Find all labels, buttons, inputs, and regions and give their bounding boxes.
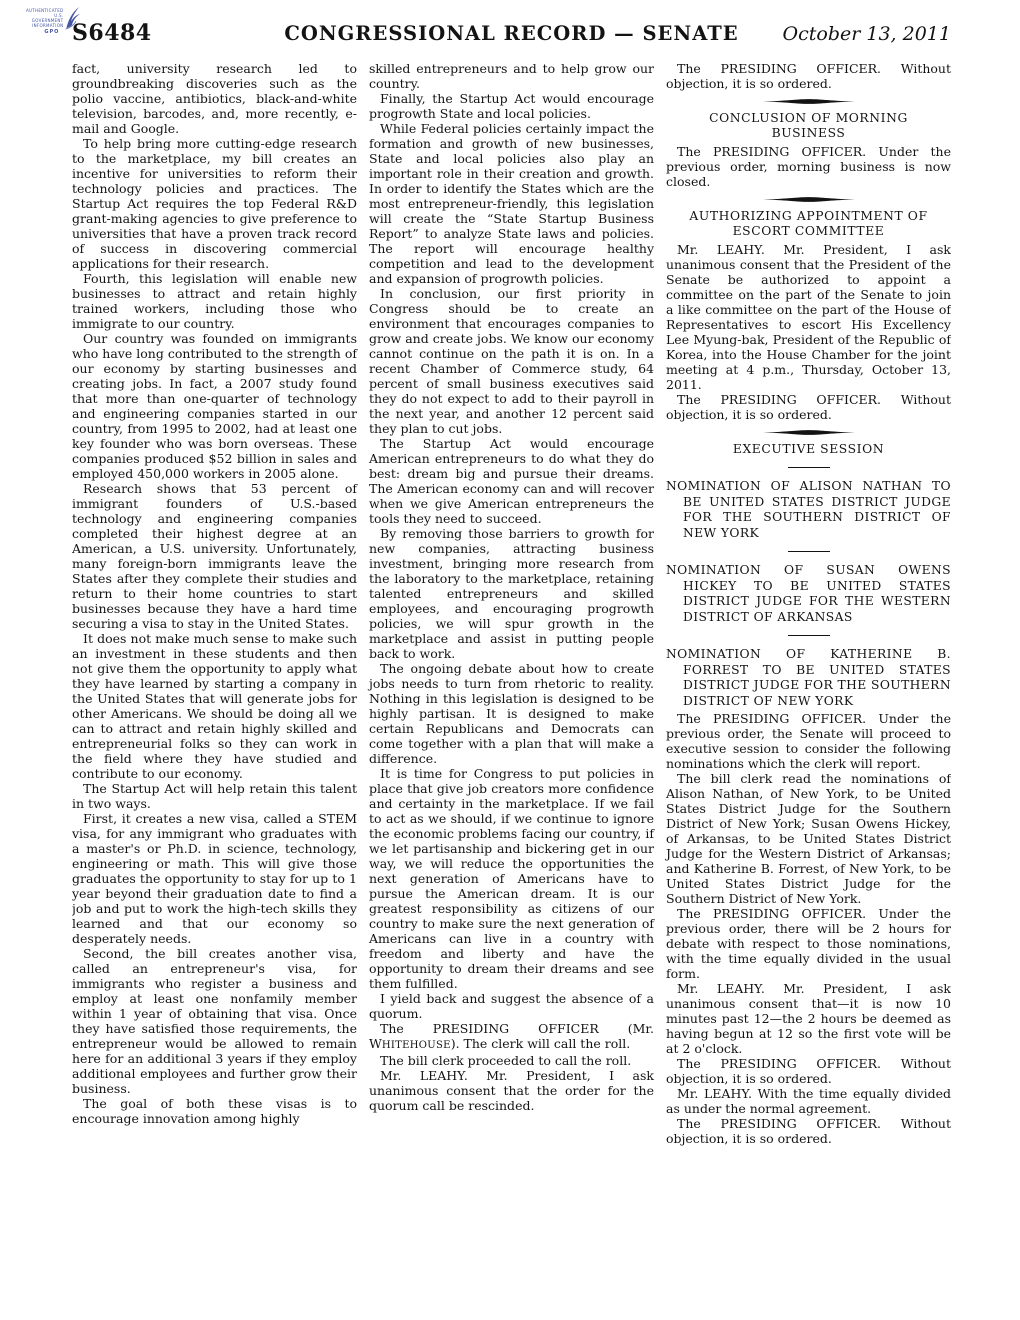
paragraph: In conclusion, our first priority in Con… — [369, 286, 654, 436]
gpo-seal-line: U.S. GOVERNMENT — [26, 13, 63, 23]
page-number: S6484 — [72, 20, 284, 46]
paragraph: It does not make much sense to make such… — [72, 631, 357, 781]
section-heading: EXECUTIVE SESSION — [672, 442, 945, 457]
paragraph: The bill clerk read the nominations of A… — [666, 771, 951, 906]
column-2: skilled entrepreneurs and to help grow o… — [369, 61, 654, 1239]
paragraph: The PRESIDING OFFICER (Mr. WHITEHOUSE). … — [369, 1021, 654, 1053]
paragraph: The PRESIDING OFFICER. Under the previou… — [666, 906, 951, 981]
paragraph: The bill clerk proceeded to call the rol… — [369, 1053, 654, 1068]
paragraph: First, it creates a new visa, called a S… — [72, 811, 357, 946]
paragraph: The PRESIDING OFFICER. Without objection… — [666, 1116, 951, 1146]
paragraph: The PRESIDING OFFICER. Without objection… — [666, 61, 951, 91]
section-heading: CONCLUSION OF MORNING BUSINESS — [672, 111, 945, 141]
paragraph: It is time for Congress to put policies … — [369, 766, 654, 991]
paragraph: Mr. LEAHY. Mr. President, I ask unanimou… — [666, 981, 951, 1056]
gpo-seal-gpo-label: GPO — [26, 30, 63, 35]
paragraph: Mr. LEAHY. With the time equally divided… — [666, 1086, 951, 1116]
column-3: The PRESIDING OFFICER. Without objection… — [666, 61, 951, 1239]
section-divider — [666, 429, 951, 436]
paragraph: While Federal policies certainly impact … — [369, 121, 654, 286]
nomination-heading: NOMINATION OF KATHERINE B. FORREST TO BE… — [666, 647, 951, 709]
congressional-record-page: AUTHENTICATED U.S. GOVERNMENT INFORMATIO… — [0, 0, 1020, 1320]
paragraph: The goal of both these visas is to encou… — [72, 1096, 357, 1126]
subsection-divider — [788, 551, 830, 552]
nomination-heading: NOMINATION OF ALISON NATHAN TO BE UNITED… — [666, 479, 951, 541]
paragraph: The Startup Act would encourage American… — [369, 436, 654, 526]
paragraph: By removing those barriers to growth for… — [369, 526, 654, 661]
masthead: S6484 CONGRESSIONAL RECORD — SENATE Octo… — [72, 20, 951, 46]
paragraph: The PRESIDING OFFICER. Without objection… — [666, 392, 951, 422]
publication-title: CONGRESSIONAL RECORD — SENATE — [284, 22, 738, 45]
paragraph: The PRESIDING OFFICER. Under the previou… — [666, 711, 951, 771]
subsection-divider — [788, 635, 830, 636]
nomination-heading: NOMINATION OF SUSAN OWENS HICKEY TO BE U… — [666, 563, 951, 625]
gpo-seal-line: INFORMATION — [26, 23, 63, 28]
column-1: fact, university research led to groundb… — [72, 61, 357, 1239]
paragraph: Our country was founded on immigrants wh… — [72, 331, 357, 481]
paragraph: skilled entrepreneurs and to help grow o… — [369, 61, 654, 91]
paragraph: The PRESIDING OFFICER. Without objection… — [666, 1056, 951, 1086]
paragraph: Research shows that 53 percent of immigr… — [72, 481, 357, 631]
paragraph: Fourth, this legislation will enable new… — [72, 271, 357, 331]
paragraph: Mr. LEAHY. Mr. President, I ask unanimou… — [666, 242, 951, 392]
paragraph: The ongoing debate about how to create j… — [369, 661, 654, 766]
subsection-divider — [788, 467, 830, 468]
paragraph: fact, university research led to groundb… — [72, 61, 357, 136]
paragraph: Finally, the Startup Act would encourage… — [369, 91, 654, 121]
paragraph: I yield back and suggest the absence of … — [369, 991, 654, 1021]
paragraph: Mr. LEAHY. Mr. President, I ask unanimou… — [369, 1068, 654, 1113]
paragraph: The PRESIDING OFFICER. Under the previou… — [666, 144, 951, 189]
section-divider — [666, 196, 951, 203]
section-divider — [666, 98, 951, 105]
smallcaps-name: HITEHOUSE — [382, 1040, 451, 1051]
section-heading: AUTHORIZING APPOINTMENT OF ESCORT COMMIT… — [672, 209, 945, 239]
page-body: fact, university research led to groundb… — [72, 61, 951, 1239]
paragraph: Second, the bill creates another visa, c… — [72, 946, 357, 1096]
paragraph: The Startup Act will help retain this ta… — [72, 781, 357, 811]
issue-date: October 13, 2011 — [739, 23, 951, 45]
paragraph: To help bring more cutting-edge research… — [72, 136, 357, 271]
gpo-seal-text: AUTHENTICATED U.S. GOVERNMENT INFORMATIO… — [26, 3, 63, 35]
